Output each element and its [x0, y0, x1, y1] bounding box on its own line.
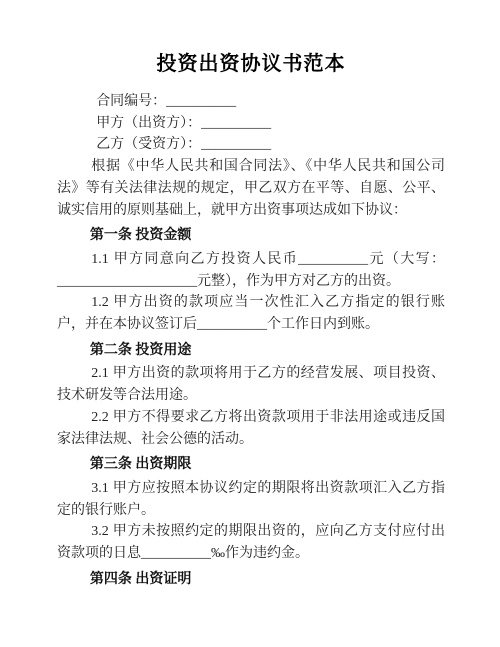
field-line: 乙方（受资方）：__________: [57, 134, 445, 156]
field-line: 合同编号：__________: [57, 91, 445, 113]
paragraph: 根据《中华人民共和国合同法》、《中华人民共和国公司法》等有关法律法规的规定，甲乙…: [57, 156, 445, 221]
document-page: 投资出资协议书范本 合同编号：__________甲方（出资方）：_______…: [0, 0, 500, 647]
document-title: 投资出资协议书范本: [57, 50, 445, 78]
section-heading: 第二条 投资用途: [57, 340, 445, 362]
paragraph: 3.1 甲方应按照本协议约定的期限将出资款项汇入乙方指定的银行账户。: [57, 478, 445, 521]
paragraph: 1.2 甲方出资的款项应当一次性汇入乙方指定的银行账户，并在本协议签订后____…: [57, 292, 445, 335]
document-body: 合同编号：__________甲方（出资方）：__________乙方（受资方）…: [57, 91, 445, 590]
paragraph: 3.2 甲方未按照约定的期限出资的，应向乙方支付应付出资款项的日息_______…: [57, 521, 445, 564]
section-heading: 第三条 出资期限: [57, 454, 445, 476]
paragraph: 1.1 甲方同意向乙方投资人民币__________元（大写：_________…: [57, 249, 445, 292]
section-heading: 第一条 投资金额: [57, 225, 445, 247]
field-line: 甲方（出资方）：__________: [57, 113, 445, 135]
section-heading: 第四条 出资证明: [57, 569, 445, 591]
paragraph: 2.2 甲方不得要求乙方将出资款项用于非法用途或违反国家法律法规、社会公德的活动…: [57, 407, 445, 450]
paragraph: 2.1 甲方出资的款项将用于乙方的经营发展、项目投资、技术研发等合法用途。: [57, 363, 445, 406]
